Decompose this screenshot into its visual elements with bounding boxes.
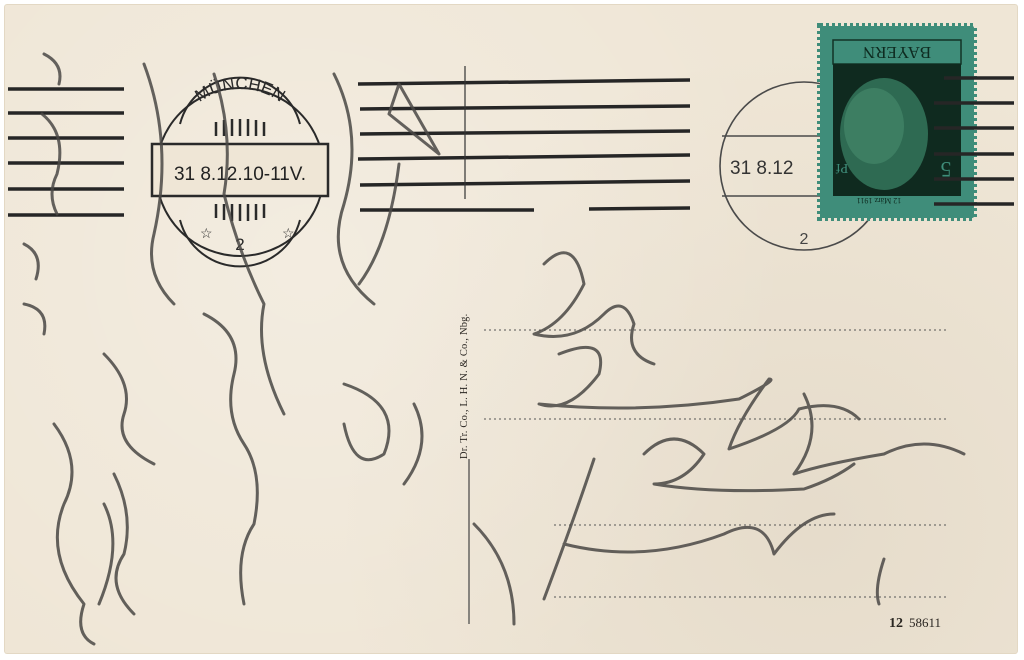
stamp-country: BAYERN <box>863 43 931 62</box>
postcard-artwork: MÜNCHEN 31 8.12.10-11V. 2 ☆ ☆ 31 8.12 2 … <box>4 4 1018 654</box>
postmark-right-date: 31 8.12 <box>730 158 793 179</box>
stamp-unit: Pf <box>835 160 848 175</box>
serial-prefix: 12 <box>889 616 903 631</box>
postmark-left-city: MÜNCHEN <box>192 74 289 106</box>
postcard: MÜNCHEN 31 8.12.10-11V. 2 ☆ ☆ 31 8.12 2 … <box>4 4 1018 654</box>
serial-value: 58611 <box>909 615 941 630</box>
star-icon: ☆ <box>282 227 295 242</box>
stamp-inscription: 12 März 1911 <box>857 196 902 205</box>
postmark-right-district: 2 <box>800 231 809 248</box>
address-lines <box>484 330 949 597</box>
publisher-imprint: Dr. Tr. Co., L. H. N. & Co., Nbg. <box>459 314 470 459</box>
cancel-lines-left <box>8 89 124 215</box>
postmark-left-date: 31 8.12.10-11V. <box>174 164 306 185</box>
postage-stamp: BAYERN 5 Pf 12 März 1911 <box>820 26 974 218</box>
serial-number: 1258611 <box>889 615 941 632</box>
star-icon: ☆ <box>200 227 213 242</box>
